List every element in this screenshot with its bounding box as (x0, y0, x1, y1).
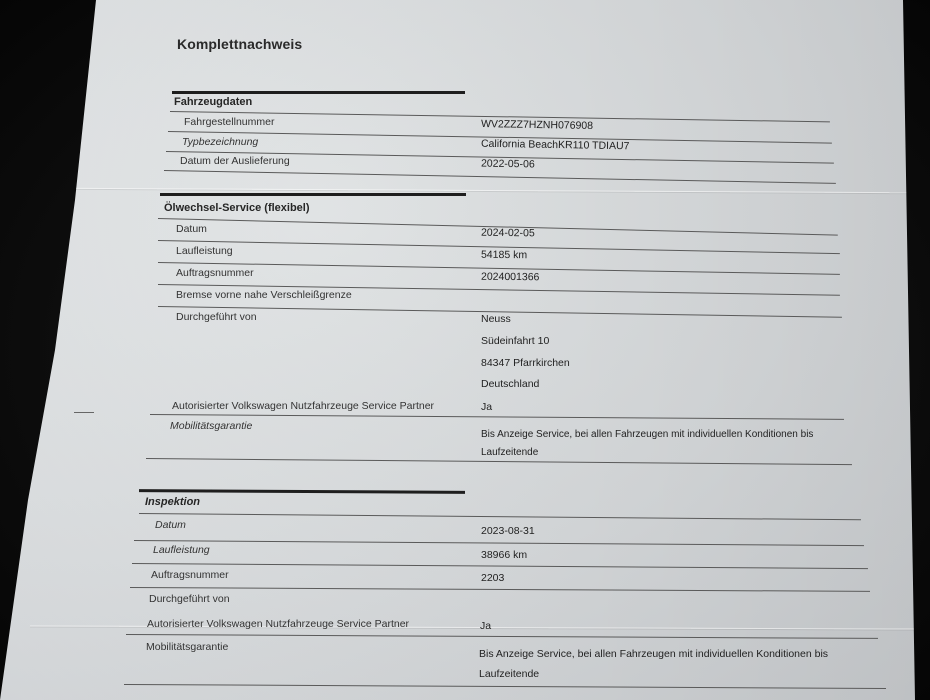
section-heading-fahrzeugdaten: Fahrzeugdaten (174, 96, 252, 108)
oil-mileage-value: 54185 km (481, 249, 527, 261)
oil-dealer-name-value: Neuss (481, 313, 511, 325)
oil-mobility-value-line2: Laufzeitende (481, 447, 538, 458)
row-divider (139, 513, 861, 520)
section-divider-bar (160, 193, 466, 196)
oil-order-number-value: 2024001366 (481, 271, 540, 284)
inspection-partner-value: Ja (480, 620, 491, 632)
oil-dealer-city-value: 84347 Pfarrkirchen (481, 357, 570, 369)
inspection-mobility-value-line2: Laufzeitende (479, 668, 539, 680)
inspection-mobility-value-line1: Bis Anzeige Service, bei allen Fahrzeuge… (479, 648, 828, 660)
row-label: Durchgeführt von (176, 311, 257, 323)
row-divider (150, 414, 844, 420)
oil-partner-value: Ja (481, 401, 492, 413)
row-label: Auftragsnummer (151, 569, 229, 581)
document-page: Komplettnachweis Fahrzeugdaten Fahrgeste… (0, 0, 930, 700)
oil-dealer-street-value: Südeinfahrt 10 (481, 335, 549, 347)
row-label: Mobilitätsgarantie (170, 420, 252, 432)
type-value: California BeachKR110 TDIAU7 (481, 138, 630, 153)
row-divider (164, 170, 836, 184)
row-label: Typbezeichnung (182, 136, 258, 148)
row-divider (130, 587, 870, 592)
row-label: Datum der Auslieferung (180, 155, 290, 167)
row-label: Laufleistung (153, 544, 210, 556)
row-divider (134, 540, 864, 546)
row-label: Mobilitätsgarantie (146, 641, 228, 653)
margin-mark (74, 412, 94, 413)
row-label: Fahrgestellnummer (184, 116, 274, 128)
section-divider-bar (172, 91, 465, 94)
document-title: Komplettnachweis (177, 36, 302, 52)
inspection-date-value: 2023-08-31 (481, 525, 535, 537)
oil-dealer-country-value: Deutschland (481, 378, 539, 390)
row-divider (126, 634, 878, 639)
row-divider (146, 458, 852, 465)
inspection-mileage-value: 38966 km (481, 549, 527, 561)
section-heading-oelwechsel: Ölwechsel-Service (flexibel) (164, 202, 310, 214)
row-label: Autorisierter Volkswagen Nutzfahrzeuge S… (147, 618, 409, 630)
oil-mobility-value-line1: Bis Anzeige Service, bei allen Fahrzeuge… (481, 429, 813, 440)
row-label: Autorisierter Volkswagen Nutzfahrzeuge S… (172, 400, 434, 412)
row-label: Datum (155, 519, 186, 531)
row-divider (132, 563, 868, 569)
oil-date-value: 2024-02-05 (481, 227, 535, 240)
row-divider (124, 684, 886, 689)
row-label: Datum (176, 223, 207, 235)
row-label: Auftragsnummer (176, 267, 254, 279)
inspection-order-number-value: 2203 (481, 572, 504, 584)
vin-value: WV2ZZZ7HZNH076908 (481, 118, 593, 132)
row-label: Bremse vorne nahe Verschleißgrenze (176, 289, 352, 301)
row-label: Laufleistung (176, 245, 233, 257)
section-divider-bar (139, 489, 465, 494)
row-label: Durchgeführt von (149, 593, 230, 605)
section-heading-inspektion: Inspektion (145, 496, 200, 508)
delivery-date-value: 2022-05-06 (481, 158, 535, 171)
